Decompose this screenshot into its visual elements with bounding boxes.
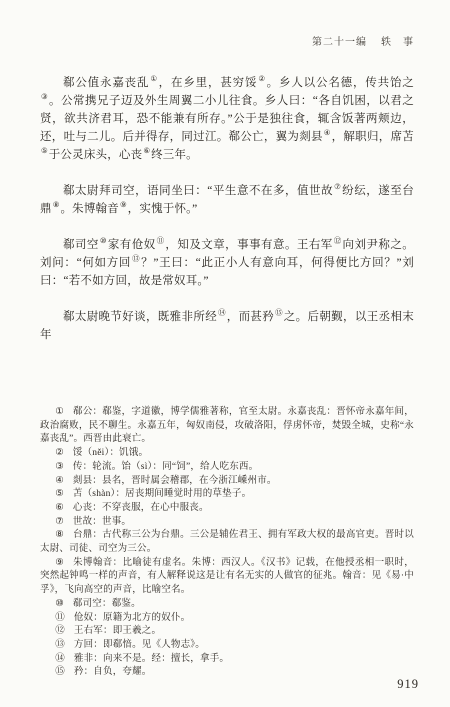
footnote-text: 馁（něi）：饥饿。 <box>73 448 148 458</box>
footnote-item: ⑧台鼎：古代称三公为台鼎。三公是辅佐君王、拥有军政大权的最高官吏。晋时以太尉、司… <box>40 529 414 556</box>
footnote-item: ①郗公：郗鉴，字道徽，博学儒雅著称，官至太尉。永嘉丧乱：晋怀帝永嘉年间，政治腐败… <box>40 406 414 447</box>
footnote-text: 心丧：不穿丧服，在心中服丧。 <box>73 503 209 513</box>
footnote-item: ⑨朱博翰音：比喻徒有虚名。朱博：西汉人。《汉书》记载，在他授丞相一职时，突然起钟… <box>40 557 414 598</box>
footnote-item: ⑤苫（shàn）：居丧期间睡觉时用的草垫子。 <box>40 488 414 502</box>
footnote-marker: ⑫ <box>334 236 342 245</box>
footnote-text: 剡县：县名，晋时属会稽郡，在今浙江嵊州市。 <box>73 476 277 486</box>
text-paragraph: 郗公值永嘉丧乱①，在乡里，甚穷馁②。乡人以公名德，传共饴之③。公常携兄子迈及外生… <box>40 74 414 164</box>
section-title-label: 轶 事 <box>381 37 414 48</box>
footnote-number: ② <box>55 448 64 458</box>
footnote-marker: ④ <box>324 128 331 137</box>
footnote-number: ⑧ <box>55 530 64 540</box>
footnote-item: ⑫王右军：即王羲之。 <box>40 625 414 639</box>
footnote-text: 郗司空：郗鉴。 <box>73 599 141 609</box>
footnote-marker: ② <box>258 74 265 83</box>
footnote-text: 传：轮流。饴（sì）：同“饲”，给人吃东西。 <box>73 462 258 472</box>
footnote-number: ⑮ <box>55 667 65 677</box>
footnote-marker: ⑩ <box>100 236 107 245</box>
footnote-number: ⑨ <box>55 558 64 568</box>
footnote-number: ① <box>55 407 64 417</box>
footnote-item: ②馁（něi）：饥饿。 <box>40 447 414 461</box>
footnote-number: ⑭ <box>55 654 65 664</box>
book-page: 第二十一编轶 事 郗公值永嘉丧乱①，在乡里，甚穷馁②。乡人以公名德，传共饴之③。… <box>0 0 450 707</box>
footnote-number: ⑪ <box>55 613 65 623</box>
footnote-text: 苫（shàn）：居丧期间睡觉时用的草垫子。 <box>73 489 251 499</box>
footnote-marker: ⑭ <box>218 308 226 317</box>
footnote-marker: ⑥ <box>143 146 150 155</box>
footnote-item: ⑥心丧：不穿丧服，在心中服丧。 <box>40 502 414 516</box>
footnote-marker: ⑦ <box>334 182 341 191</box>
footnotes-block: ①郗公：郗鉴，字道徽，博学儒雅著称，官至太尉。永嘉丧乱：晋怀帝永嘉年间，政治腐败… <box>40 406 414 680</box>
footnote-number: ④ <box>55 476 64 486</box>
footnote-item: ⑮矜：自负，夸耀。 <box>40 666 414 680</box>
footnote-item: ④剡县：县名，晋时属会稽郡，在今浙江嵊州市。 <box>40 475 414 489</box>
main-text: 郗公值永嘉丧乱①，在乡里，甚穷馁②。乡人以公名德，传共饴之③。公常携兄子迈及外生… <box>40 74 414 344</box>
footnote-number: ⑫ <box>55 626 65 636</box>
footnote-text: 台鼎：古代称三公为台鼎。三公是辅佐君王、拥有军政大权的最高官吏。晋时以太尉、司徒… <box>40 530 414 554</box>
running-head: 第二十一编轶 事 <box>40 0 414 48</box>
page-number: 919 <box>397 677 419 692</box>
footnote-item: ⑭雅非：向来不是。经：擅长，拿手。 <box>40 653 414 667</box>
text-paragraph: 郗太尉晚节好谈，既雅非所经⑭，而甚矜⑮之。后朝觐，以王丞相末年 <box>40 308 414 344</box>
footnote-text: 世故：世事。 <box>73 517 131 527</box>
footnote-number: ③ <box>55 462 64 472</box>
footnote-marker: ⑬ <box>132 254 140 263</box>
footnote-text: 郗公：郗鉴，字道徽，博学儒雅著称，官至太尉。永嘉丧乱：晋怀帝永嘉年间，政治腐败，… <box>40 407 414 444</box>
footnote-marker: ⑮ <box>275 308 283 317</box>
footnote-text: 方回：即郗愔。见《人物志》。 <box>74 640 205 650</box>
text-paragraph: 郗太尉拜司空，语同坐曰：“平生意不在多，值世故⑦纷纭，遂至台鼎⑧。朱博翰音⑨，实… <box>40 182 414 218</box>
footnote-marker: ⑤ <box>41 146 48 155</box>
footnote-marker: ③ <box>41 92 48 101</box>
text-paragraph: 郗司空⑩家有伧奴⑪，知及文章，事事有意。王右军⑫向刘尹称之。刘问：“何如方回⑬？… <box>40 236 414 290</box>
footnote-text: 朱博翰音：比喻徒有虚名。朱博：西汉人。《汉书》记载，在他授丞相一职时，突然起钟鸣… <box>40 558 414 595</box>
footnote-text: 伧奴：原籍为北方的奴仆。 <box>74 613 190 623</box>
footnote-item: ⑩郗司空：郗鉴。 <box>40 598 414 612</box>
footnote-item: ⑬方回：即郗愔。见《人物志》。 <box>40 639 414 653</box>
footnote-marker: ⑨ <box>120 200 127 209</box>
footnote-marker: ⑧ <box>53 200 60 209</box>
footnote-number: ⑬ <box>55 640 65 650</box>
footnote-item: ⑪伧奴：原籍为北方的奴仆。 <box>40 612 414 626</box>
footnote-text: 王右军：即王羲之。 <box>74 626 161 636</box>
footnote-item: ⑦世故：世事。 <box>40 516 414 530</box>
footnote-number: ⑥ <box>55 503 64 513</box>
footnote-text: 矜：自负，夸耀。 <box>74 667 152 677</box>
footnote-number: ⑤ <box>55 489 64 499</box>
section-part-label: 第二十一编 <box>312 37 367 48</box>
footnote-text: 雅非：向来不是。经：擅长，拿手。 <box>74 654 229 664</box>
footnote-item: ③传：轮流。饴（sì）：同“饲”，给人吃东西。 <box>40 461 414 475</box>
footnote-number: ⑩ <box>55 599 64 609</box>
footnote-number: ⑦ <box>55 517 64 527</box>
footnote-marker: ① <box>150 74 157 83</box>
footnote-marker: ⑪ <box>157 236 165 245</box>
